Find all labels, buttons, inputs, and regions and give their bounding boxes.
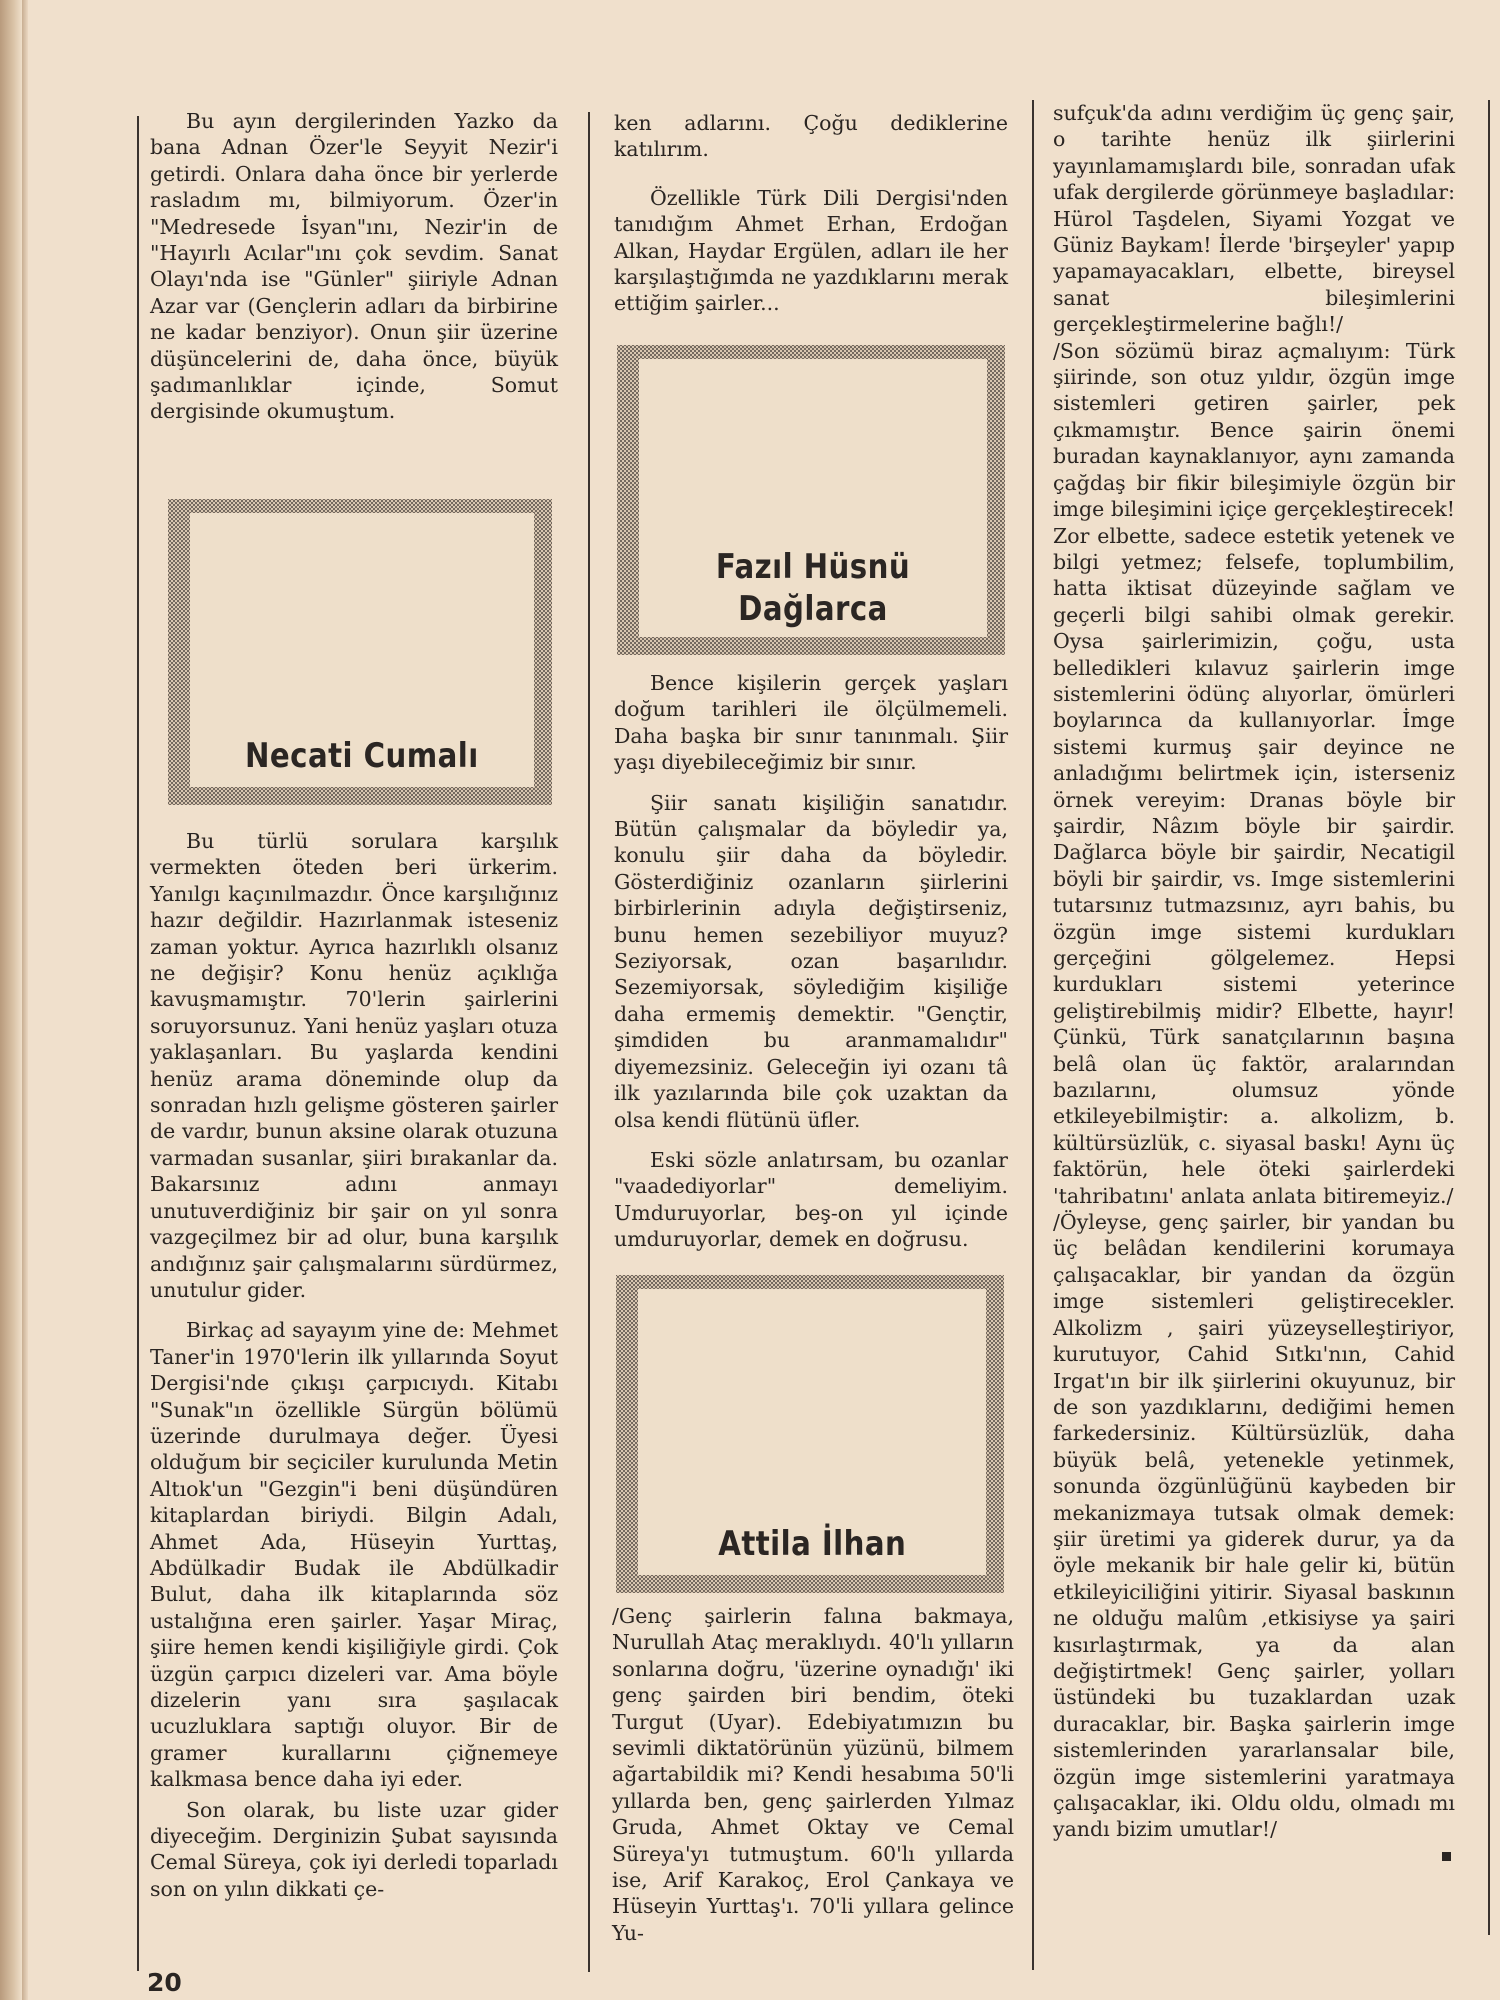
paragraph: sufçuk'da adını verdiğim üç genç şair, o…: [1053, 100, 1455, 338]
column-rule-middle: [588, 112, 590, 1972]
paragraph: /Genç şairlerin falına bakmaya, Nurullah…: [612, 1603, 1014, 1946]
page-binding-shadow: [22, 0, 28, 2000]
article-column-3: sufçuk'da adını verdiğim üç genç şair, o…: [1053, 100, 1455, 1861]
page-binding-edge: [0, 0, 22, 2000]
poet-name-caption: Necati Cumalı: [245, 735, 479, 777]
column-rule-left: [137, 116, 139, 1971]
paragraph: /Öyleyse, genç şairler, bir yandan bu üç…: [1053, 1209, 1455, 1843]
paragraph: Son olarak, bu liste uzar gider diyeceği…: [150, 1797, 558, 1903]
article-column-1-continued: Bu türlü sorulara karşılık vermekten öte…: [150, 828, 558, 1902]
article-column-1: Bu ayın dergilerinden Yazko da bana Adna…: [150, 108, 558, 425]
column-rule-right-inner: [1032, 100, 1034, 1970]
end-of-article-mark: [1442, 1852, 1451, 1861]
photo-placeholder: Fazıl Hüsnü Dağlarca: [639, 359, 987, 637]
column-rule-right-outer: [1488, 100, 1490, 1935]
paragraph: /Son sözümü biraz açmalıyım: Türk şiirin…: [1053, 338, 1455, 1209]
paragraph: Bence kişilerin gerçek yaşları doğum tar…: [614, 670, 1008, 776]
paragraph: ken adlarını. Çoğu dediklerine katılırım…: [614, 110, 1008, 163]
photo-box-fazil-husnu-daglarca: Fazıl Hüsnü Dağlarca: [617, 345, 1005, 655]
paragraph: Bu ayın dergilerinden Yazko da bana Adna…: [150, 108, 558, 425]
article-column-2-final: /Genç şairlerin falına bakmaya, Nurullah…: [612, 1603, 1014, 1946]
photo-placeholder: Necati Cumalı: [190, 513, 534, 787]
poet-name-caption-line1: Fazıl Hüsnü: [716, 546, 910, 588]
article-column-2-continued: Bence kişilerin gerçek yaşları doğum tar…: [614, 670, 1008, 1253]
paragraph: Özellikle Türk Dili Dergisi'nden tanıdığ…: [614, 185, 1008, 317]
paragraph: Eski sözle anlatırsam, bu ozanlar "vaade…: [614, 1147, 1008, 1253]
article-column-2: ken adlarını. Çoğu dediklerine katılırım…: [614, 110, 1008, 317]
paragraph: Birkaç ad sayayım yine de: Mehmet Taner'…: [150, 1317, 558, 1792]
photo-box-attila-ilhan: Attila İlhan: [616, 1275, 1004, 1593]
paragraph: Bu türlü sorulara karşılık vermekten öte…: [150, 828, 558, 1303]
paragraph: Şiir sanatı kişiliğin sanatıdır. Bütün ç…: [614, 790, 1008, 1133]
poet-name-caption: Attila İlhan: [718, 1523, 906, 1565]
photo-box-necati-cumali: Necati Cumalı: [168, 499, 552, 805]
poet-name-caption-line2: Dağlarca: [738, 588, 888, 630]
photo-placeholder: Attila İlhan: [638, 1289, 986, 1575]
page-number: 20: [147, 1968, 182, 1997]
